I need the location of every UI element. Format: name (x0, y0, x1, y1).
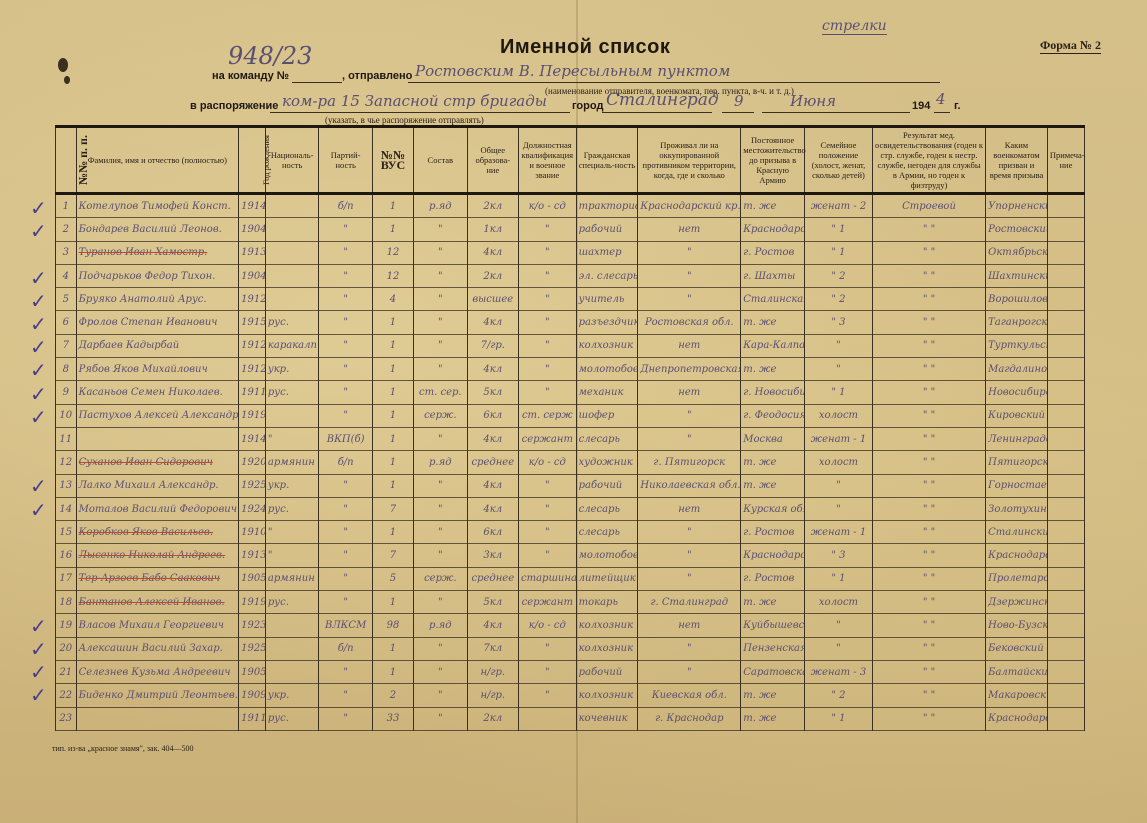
cell-birth-year: 1914× (239, 194, 266, 218)
cell-row-number: 4 (56, 264, 77, 287)
cell-civil-specialty: колхозник (576, 637, 638, 660)
cell-education: н/гр. (467, 684, 518, 707)
cell-residence: т. же (741, 474, 805, 497)
check-mark-icon: ✓ (30, 335, 47, 359)
cell-party: б/п (319, 194, 373, 218)
cell-vus: 7 (372, 544, 413, 567)
col-header-nationality: Националь-ность (265, 127, 319, 194)
year-label: г. (954, 100, 961, 112)
cell-qualification: " (519, 264, 577, 287)
cell-nationality (265, 241, 319, 264)
check-mark-icon: ✓ (30, 614, 47, 638)
cell-civil-specialty: слесарь (576, 521, 638, 544)
cell-occupied-territory: Ростовская обл. (638, 311, 741, 334)
cell-party: " (319, 404, 373, 427)
cell-nationality (265, 614, 319, 637)
cell-composition: " (414, 358, 468, 381)
table-row: 18Бантанов Алексей Иванов.1919рус."1"5кл… (56, 591, 1085, 614)
cell-party: " (319, 311, 373, 334)
cell-civil-specialty: кочевник (576, 707, 638, 730)
cell-qualification: " (519, 660, 577, 683)
cell-education: 7кл (467, 637, 518, 660)
cell-medical-result: " " (872, 567, 985, 590)
cell-residence: т. же (741, 311, 805, 334)
command-number: 948/23 (228, 42, 312, 70)
cell-composition: " (414, 264, 468, 287)
cell-party: " (319, 497, 373, 520)
cell-note (1047, 684, 1084, 707)
cell-row-number: 16 (56, 544, 77, 567)
cell-family-status: женат - 3 (805, 660, 873, 683)
cell-civil-specialty: колхозник (576, 334, 638, 357)
cell-qualification: к/о - сд (519, 194, 577, 218)
cell-education: 2кл (467, 194, 518, 218)
cell-qualification: сержант (519, 427, 577, 450)
table-row: 19Власов Михаил Георгиевич1923×ВЛКСМ98р.… (56, 614, 1085, 637)
cell-family-status: " 2 (805, 264, 873, 287)
cell-education: 4кл (467, 311, 518, 334)
cell-vus: 1 (372, 474, 413, 497)
cell-full-name: Тер-Арзоев Бабо Саакович (76, 567, 239, 590)
cell-nationality (265, 264, 319, 287)
cell-residence: г. Шахты (741, 264, 805, 287)
cell-nationality: укр. (265, 358, 319, 381)
cell-note (1047, 637, 1084, 660)
cell-military-office: Ленинградский (986, 427, 1048, 450)
cell-occupied-territory: г. Сталинград (638, 591, 741, 614)
col-header-vus: №№ ВУС (372, 127, 413, 194)
cell-qualification: ст. серж (519, 404, 577, 427)
cell-full-name: Подчарьков Федор Тихон. (76, 264, 239, 287)
col-header-number: №№ п. п. (56, 127, 77, 194)
cell-civil-specialty: рабочий (576, 474, 638, 497)
col-header-party: Партий-ность (319, 127, 373, 194)
cell-party: " (319, 358, 373, 381)
cell-family-status: " 2 (805, 684, 873, 707)
cell-military-office: Макаровский (986, 684, 1048, 707)
cell-note (1047, 567, 1084, 590)
cell-composition: ст. сер. (414, 381, 468, 404)
cell-composition: " (414, 474, 468, 497)
cell-residence: г. Ростов (741, 567, 805, 590)
cell-party: " (319, 218, 373, 241)
col-header-occupied-territory: Проживал ли на оккупированной противнико… (638, 127, 741, 194)
cell-residence: Кара-Калпак (741, 334, 805, 357)
cell-composition: р.яд (414, 451, 468, 474)
cell-birth-year: 1920 (239, 451, 266, 474)
cell-party: " (319, 660, 373, 683)
cell-party: " (319, 591, 373, 614)
city-line (602, 112, 712, 113)
cell-family-status: " 1 (805, 567, 873, 590)
cell-military-office: Новосибирский (986, 381, 1048, 404)
check-mark-icon: ✓ (30, 498, 47, 522)
table-row: 4Подчарьков Федор Тихон.1904×"12"2кл"эл.… (56, 264, 1085, 287)
cell-family-status: холост (805, 591, 873, 614)
cell-note (1047, 358, 1084, 381)
cell-note (1047, 591, 1084, 614)
col-header-birth-year: Год рождения (239, 127, 266, 194)
cell-full-name (76, 707, 239, 730)
cell-birth-year: 1905×× (239, 660, 266, 683)
cell-family-status: " 2 (805, 288, 873, 311)
cell-note (1047, 660, 1084, 683)
cell-composition: " (414, 521, 468, 544)
cell-note (1047, 311, 1084, 334)
disposal-line (270, 112, 570, 113)
punch-hole (64, 76, 70, 84)
cell-residence: т. же (741, 591, 805, 614)
cell-vus: 1 (372, 311, 413, 334)
cell-vus: 33 (372, 707, 413, 730)
cell-medical-result: " " (872, 474, 985, 497)
cell-vus: 12 (372, 264, 413, 287)
cell-medical-result: " " (872, 660, 985, 683)
cell-note (1047, 194, 1084, 218)
cell-full-name: Фролов Степан Иванович (76, 311, 239, 334)
table-header-row: №№ п. п. Фамилия, имя и отчество (полнос… (56, 127, 1085, 194)
cell-nationality: армянин (265, 567, 319, 590)
cell-residence: Краснодарский (741, 544, 805, 567)
cell-birth-year: 1905 (239, 567, 266, 590)
cell-birth-year: 1914 (239, 427, 266, 450)
cell-vus: 1 (372, 358, 413, 381)
cell-occupied-territory: " (638, 660, 741, 683)
cell-occupied-territory: нет (638, 218, 741, 241)
cell-nationality (265, 194, 319, 218)
day-value: 9 (734, 92, 744, 110)
cell-family-status: " (805, 474, 873, 497)
cell-note (1047, 264, 1084, 287)
check-mark-icon: ✓ (30, 683, 47, 707)
cell-qualification: " (519, 544, 577, 567)
table-body: 1Котелупов Тимофей Конст.1914×б/п1р.яд2к… (56, 194, 1085, 731)
cell-vus: 7 (372, 497, 413, 520)
cell-military-office: Сталинский (986, 521, 1048, 544)
sent-value: Ростовским В. Пересыльным пунктом (415, 62, 730, 80)
table-row: 2Бондарев Василий Леонов.1904×"1"1кл"раб… (56, 218, 1085, 241)
cell-occupied-territory: Днепропетровская (638, 358, 741, 381)
cell-note (1047, 427, 1084, 450)
col-header-education: Общее образова-ние (467, 127, 518, 194)
cell-military-office: Магдалиновский (986, 358, 1048, 381)
col-header-medical-result: Результат мед. освидетельствования (годе… (872, 127, 985, 194)
cell-vus: 12 (372, 241, 413, 264)
cell-full-name: Дарбаев Кадырбай (76, 334, 239, 357)
cell-civil-specialty: рабочий (576, 218, 638, 241)
cell-medical-result: " " (872, 334, 985, 357)
cell-medical-result: " " (872, 264, 985, 287)
cell-residence: г. Новосибирск (741, 381, 805, 404)
cell-party: ВЛКСМ (319, 614, 373, 637)
cell-party: " (319, 381, 373, 404)
cell-note (1047, 544, 1084, 567)
cell-military-office: Краснодарский (986, 707, 1048, 730)
cell-family-status: " 1 (805, 707, 873, 730)
cell-family-status: " 1 (805, 381, 873, 404)
cell-family-status: " (805, 614, 873, 637)
check-mark-icon: ✓ (30, 266, 47, 290)
cell-education: 4кл (467, 358, 518, 381)
cell-vus: 2 (372, 684, 413, 707)
cell-military-office: Турткульский (986, 334, 1048, 357)
check-mark-icon: ✓ (30, 196, 47, 220)
cell-party: " (319, 544, 373, 567)
cell-education: 2кл (467, 707, 518, 730)
cell-education: 3кл (467, 544, 518, 567)
cell-occupied-territory: " (638, 637, 741, 660)
cell-birth-year: 1911 (239, 707, 266, 730)
year-suffix: 4 (936, 90, 946, 108)
check-mark-icon: ✓ (30, 219, 47, 243)
top-note: стрелки (822, 18, 887, 35)
cell-full-name: Селезнев Кузьма Андреевич (76, 660, 239, 683)
cell-vus: 98 (372, 614, 413, 637)
cell-civil-specialty: тракторист (576, 194, 638, 218)
cell-family-status: " 1 (805, 218, 873, 241)
table-row: 15Коробков Яков Васильев.1910""1"6кл"сле… (56, 521, 1085, 544)
table-row: 16Лысенко Николай Андреев.1913""7"3кл"мо… (56, 544, 1085, 567)
cell-birth-year: 1910 (239, 521, 266, 544)
cell-civil-specialty: молотобоец (576, 358, 638, 381)
cell-civil-specialty: токарь (576, 591, 638, 614)
cell-qualification: " (519, 288, 577, 311)
cell-vus: 5 (372, 567, 413, 590)
table-row: 8Рябов Яков Михайлович1912×укр."1"4кл"мо… (56, 358, 1085, 381)
cell-medical-result: " " (872, 591, 985, 614)
cell-full-name: Котелупов Тимофей Конст. (76, 194, 239, 218)
cell-full-name: Касаньов Семен Николаев. (76, 381, 239, 404)
cell-military-office: Шахтинский (986, 264, 1048, 287)
cell-row-number: 10 (56, 404, 77, 427)
check-mark-icon: ✓ (30, 660, 47, 684)
cell-family-status: " 1 (805, 241, 873, 264)
cell-party: " (319, 241, 373, 264)
cell-composition: " (414, 591, 468, 614)
cell-qualification: " (519, 521, 577, 544)
cell-qualification: " (519, 241, 577, 264)
cell-residence: т. же (741, 194, 805, 218)
check-mark-icon: ✓ (30, 405, 47, 429)
cell-full-name: Бруяко Анатолий Арус. (76, 288, 239, 311)
cell-note (1047, 404, 1084, 427)
cell-party: " (319, 521, 373, 544)
cell-military-office: Дзержинский (986, 591, 1048, 614)
disposal-caption: (указать, в чье распоряжение отправлять) (325, 115, 484, 125)
col-header-composition: Состав (414, 127, 468, 194)
cell-medical-result: " " (872, 404, 985, 427)
cell-row-number: 9 (56, 381, 77, 404)
cell-party: " (319, 264, 373, 287)
cell-composition: " (414, 544, 468, 567)
cell-medical-result: " " (872, 637, 985, 660)
cell-nationality: " (265, 521, 319, 544)
month-value: Июня (790, 92, 836, 110)
cell-occupied-territory: г. Пятигорск (638, 451, 741, 474)
month-line (762, 112, 910, 113)
cell-civil-specialty: литейщик (576, 567, 638, 590)
cell-composition: серж. (414, 567, 468, 590)
cell-composition: р.яд (414, 614, 468, 637)
cell-civil-specialty: колхозник (576, 614, 638, 637)
cell-family-status: женат - 1 (805, 427, 873, 450)
day-line (722, 112, 754, 113)
cell-medical-result: " " (872, 358, 985, 381)
cell-row-number: 2 (56, 218, 77, 241)
table-row: 12Суханов Иван Сидорович1920армянинб/п1р… (56, 451, 1085, 474)
cell-note (1047, 218, 1084, 241)
cell-birth-year: 1904× (239, 218, 266, 241)
cell-full-name: Моталов Василий Федорович (76, 497, 239, 520)
personnel-table: №№ п. п. Фамилия, имя и отчество (полнос… (55, 125, 1085, 731)
punch-hole (58, 58, 68, 72)
cell-composition: серж. (414, 404, 468, 427)
cell-occupied-territory: " (638, 404, 741, 427)
cell-residence: т. же (741, 358, 805, 381)
cell-vus: 1 (372, 451, 413, 474)
cell-qualification: " (519, 497, 577, 520)
cell-composition: " (414, 497, 468, 520)
cell-education: 6кл (467, 404, 518, 427)
cell-residence: Москва (741, 427, 805, 450)
cell-education: 4кл (467, 614, 518, 637)
table-row: 3Туранов Иван Хамостр.1913"12"4кл"шахтер… (56, 241, 1085, 264)
cell-nationality (265, 637, 319, 660)
cell-row-number: 5 (56, 288, 77, 311)
cell-residence: т. же (741, 684, 805, 707)
col-header-civil-specialty: Гражданская специаль-ность (576, 127, 638, 194)
table-row: 13Лалко Михаил Александр.1925×укр."1"4кл… (56, 474, 1085, 497)
cell-composition: " (414, 311, 468, 334)
sent-line (408, 82, 940, 83)
cell-vus: 1 (372, 660, 413, 683)
cell-medical-result: " " (872, 707, 985, 730)
cell-composition: " (414, 218, 468, 241)
cell-education: высшее (467, 288, 518, 311)
cell-nationality (265, 218, 319, 241)
cell-qualification: " (519, 358, 577, 381)
cell-full-name: Лалко Михаил Александр. (76, 474, 239, 497)
cell-residence: Краснодарский (741, 218, 805, 241)
cell-qualification: " (519, 311, 577, 334)
table-row: 17Тер-Арзоев Бабо Саакович1905армянин"5с… (56, 567, 1085, 590)
cell-row-number: 13 (56, 474, 77, 497)
check-mark-icon: ✓ (30, 289, 47, 313)
cell-medical-result: " " (872, 288, 985, 311)
cell-military-office: Пролетарский (986, 567, 1048, 590)
cell-row-number: 8 (56, 358, 77, 381)
cell-occupied-territory: " (638, 288, 741, 311)
cell-vus: 1 (372, 404, 413, 427)
cell-family-status: " (805, 334, 873, 357)
cell-family-status: холост (805, 404, 873, 427)
cell-birth-year: 1912× (239, 334, 266, 357)
cell-nationality: армянин (265, 451, 319, 474)
cell-education: 6кл (467, 521, 518, 544)
year-line (934, 112, 950, 113)
cell-row-number: 19 (56, 614, 77, 637)
check-mark-icon: ✓ (30, 312, 47, 336)
cell-civil-specialty: колхозник (576, 684, 638, 707)
cell-full-name: Бантанов Алексей Иванов. (76, 591, 239, 614)
cell-qualification: " (519, 334, 577, 357)
cell-full-name: Пастухов Алексей Александр. (76, 404, 239, 427)
cell-vus: 1 (372, 218, 413, 241)
cell-occupied-territory: нет (638, 614, 741, 637)
cell-medical-result: " " (872, 684, 985, 707)
cell-composition: " (414, 334, 468, 357)
cell-civil-specialty: шофер (576, 404, 638, 427)
cell-party: ВКП(б) (319, 427, 373, 450)
cell-row-number: 18 (56, 591, 77, 614)
cell-nationality: рус. (265, 497, 319, 520)
table-row: 1Котелупов Тимофей Конст.1914×б/п1р.яд2к… (56, 194, 1085, 218)
cell-qualification: к/о - сд (519, 451, 577, 474)
cell-vus: 1 (372, 381, 413, 404)
check-mark-icon: ✓ (30, 474, 47, 498)
cell-civil-specialty: учитель (576, 288, 638, 311)
cell-note (1047, 381, 1084, 404)
cell-education: н/гр. (467, 660, 518, 683)
cell-row-number: 23 (56, 707, 77, 730)
cell-civil-specialty: механик (576, 381, 638, 404)
cell-qualification: к/о - сд (519, 614, 577, 637)
cell-full-name: Суханов Иван Сидорович (76, 451, 239, 474)
cell-note (1047, 241, 1084, 264)
cell-nationality: рус. (265, 707, 319, 730)
cell-residence: т. же (741, 707, 805, 730)
cell-birth-year: 1911× (239, 381, 266, 404)
cell-full-name: Алексашин Василий Захар. (76, 637, 239, 660)
cell-civil-specialty: слесарь (576, 427, 638, 450)
cell-birth-year: 1925× (239, 474, 266, 497)
cell-medical-result: " " (872, 427, 985, 450)
cell-education: 7/гр. (467, 334, 518, 357)
cell-family-status: " 3 (805, 311, 873, 334)
cell-vus: 1 (372, 591, 413, 614)
cell-composition: " (414, 288, 468, 311)
col-header-note: Примеча-ние (1047, 127, 1084, 194)
cell-education: 4кл (467, 427, 518, 450)
cell-birth-year: 1924× (239, 497, 266, 520)
cell-qualification: " (519, 474, 577, 497)
cell-row-number: 14 (56, 497, 77, 520)
cell-nationality: " (265, 427, 319, 450)
command-label: на команду № (212, 70, 289, 82)
form-number: Форма № 2 (1040, 38, 1101, 54)
cell-family-status: " (805, 358, 873, 381)
cell-qualification: " (519, 381, 577, 404)
cell-full-name: Туранов Иван Хамостр. (76, 241, 239, 264)
cell-vus: 1 (372, 427, 413, 450)
cell-composition: " (414, 241, 468, 264)
cell-family-status: " 3 (805, 544, 873, 567)
table-row: 111914"ВКП(б)1"4клсержантслесарь"Москваж… (56, 427, 1085, 450)
cell-residence: Пензенская обл. (741, 637, 805, 660)
cell-composition: " (414, 637, 468, 660)
cell-military-office: Горностаевский (986, 474, 1048, 497)
cell-qualification (519, 707, 577, 730)
cell-military-office: Упорненский (986, 194, 1048, 218)
cell-party: " (319, 567, 373, 590)
cell-education: 5кл (467, 591, 518, 614)
cell-birth-year: 1919× (239, 404, 266, 427)
cell-row-number: 6 (56, 311, 77, 334)
cell-composition: р.яд (414, 194, 468, 218)
cell-military-office: Пятигорский (986, 451, 1048, 474)
cell-birth-year: 1912× (239, 288, 266, 311)
cell-row-number: 22 (56, 684, 77, 707)
